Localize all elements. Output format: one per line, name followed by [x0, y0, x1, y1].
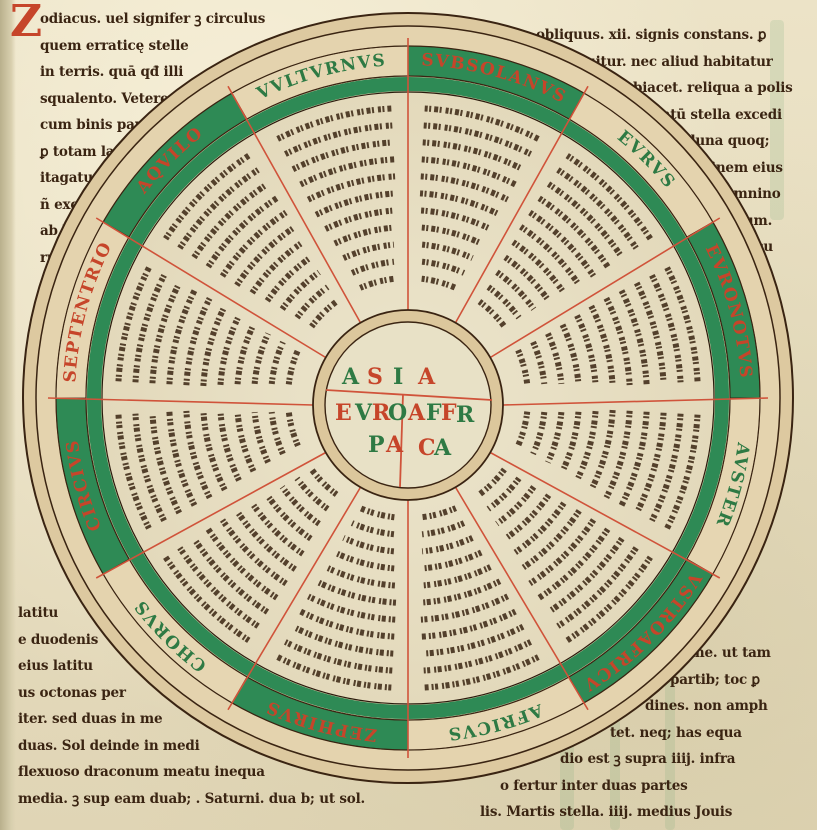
svg-text:R: R	[456, 402, 475, 428]
svg-text:A: A	[341, 364, 360, 390]
wind-diagram: Vulturnus qui ꝫ boetius uocatus. ter est…	[0, 0, 817, 830]
svg-text:F: F	[426, 400, 442, 426]
svg-text:E: E	[335, 400, 352, 426]
svg-text:A: A	[385, 432, 404, 458]
svg-text:A: A	[407, 400, 426, 426]
svg-text:S: S	[367, 364, 383, 390]
svg-text:F: F	[441, 400, 457, 426]
svg-text:A: A	[417, 364, 436, 390]
svg-text:I: I	[393, 364, 403, 390]
svg-text:V: V	[354, 400, 373, 426]
svg-text:C: C	[418, 435, 436, 461]
svg-text:O: O	[388, 400, 407, 426]
svg-text:A: A	[433, 435, 452, 461]
svg-text:P: P	[368, 432, 385, 458]
